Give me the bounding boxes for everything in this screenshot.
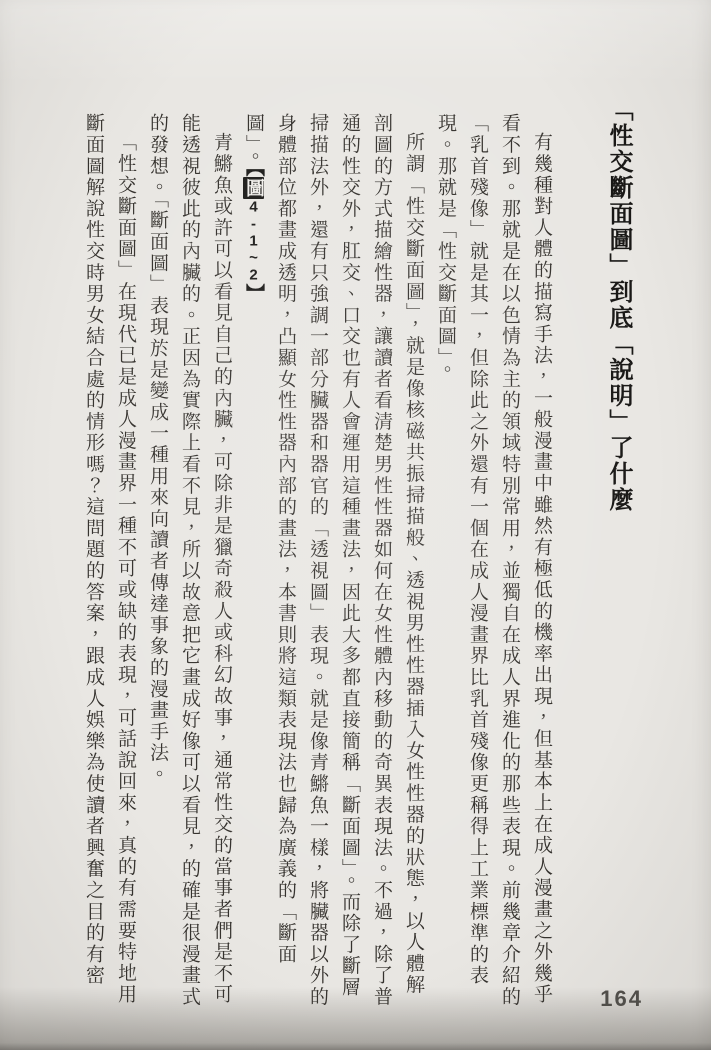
figure-ref-open-bracket: 【 xyxy=(243,167,264,177)
paragraph-1: 有幾種對人體的描寫手法，一般漫畫中雖然有極低的機率出現，但基本上在成人漫畫之外幾… xyxy=(429,113,557,1009)
figure-icon: 圖 xyxy=(243,177,264,199)
paragraph-3-text: 青鱂魚或許可以看見自己的內臟，可除非是獵奇殺人或科幻故事，通常性交的當事者們是不… xyxy=(147,113,232,1008)
paragraph-4-text: 「性交斷面圖」在現代已是成人漫畫界一種不可或缺的表現，可話說回來，真的有需要特地… xyxy=(83,113,136,1005)
chapter-title: 「性交斷面圖」到底「說明」了什麼 xyxy=(595,97,641,1009)
paragraph-2: 所謂「性交斷面圖」，就是像核磁共振掃描般、透視男性性器插入女性性器的狀態，以人體… xyxy=(237,113,429,1009)
page-number: 164 xyxy=(600,986,643,1012)
page-text-block: 「性交斷面圖」到底「說明」了什麼 有幾種對人體的描寫手法，一般漫畫中雖然有極低的… xyxy=(77,97,641,1009)
figure-reference: 【圖4-1~2】 xyxy=(243,167,264,303)
paragraph-2-text: 所謂「性交斷面圖」，就是像核磁共振掃描般、透視男性性器插入女性性器的狀態，以人體… xyxy=(243,113,424,1008)
paragraph-3: 青鱂魚或許可以看見自己的內臟，可除非是獵奇殺人或科幻故事，通常性交的當事者們是不… xyxy=(141,113,237,1009)
paragraph-4: 「性交斷面圖」在現代已是成人漫畫界一種不可或缺的表現，可話說回來，真的有需要特地… xyxy=(77,113,141,1009)
body-text: 有幾種對人體的描寫手法，一般漫畫中雖然有極低的機率出現，但基本上在成人漫畫之外幾… xyxy=(77,97,557,1009)
book-page: 「性交斷面圖」到底「說明」了什麼 有幾種對人體的描寫手法，一般漫畫中雖然有極低的… xyxy=(0,0,711,1050)
paragraph-1-text: 有幾種對人體的描寫手法，一般漫畫中雖然有極低的機率出現，但基本上在成人漫畫之外幾… xyxy=(435,113,552,1008)
figure-ref-number: 4-1~2 xyxy=(245,199,262,284)
figure-ref-close-bracket: 】 xyxy=(243,284,264,304)
